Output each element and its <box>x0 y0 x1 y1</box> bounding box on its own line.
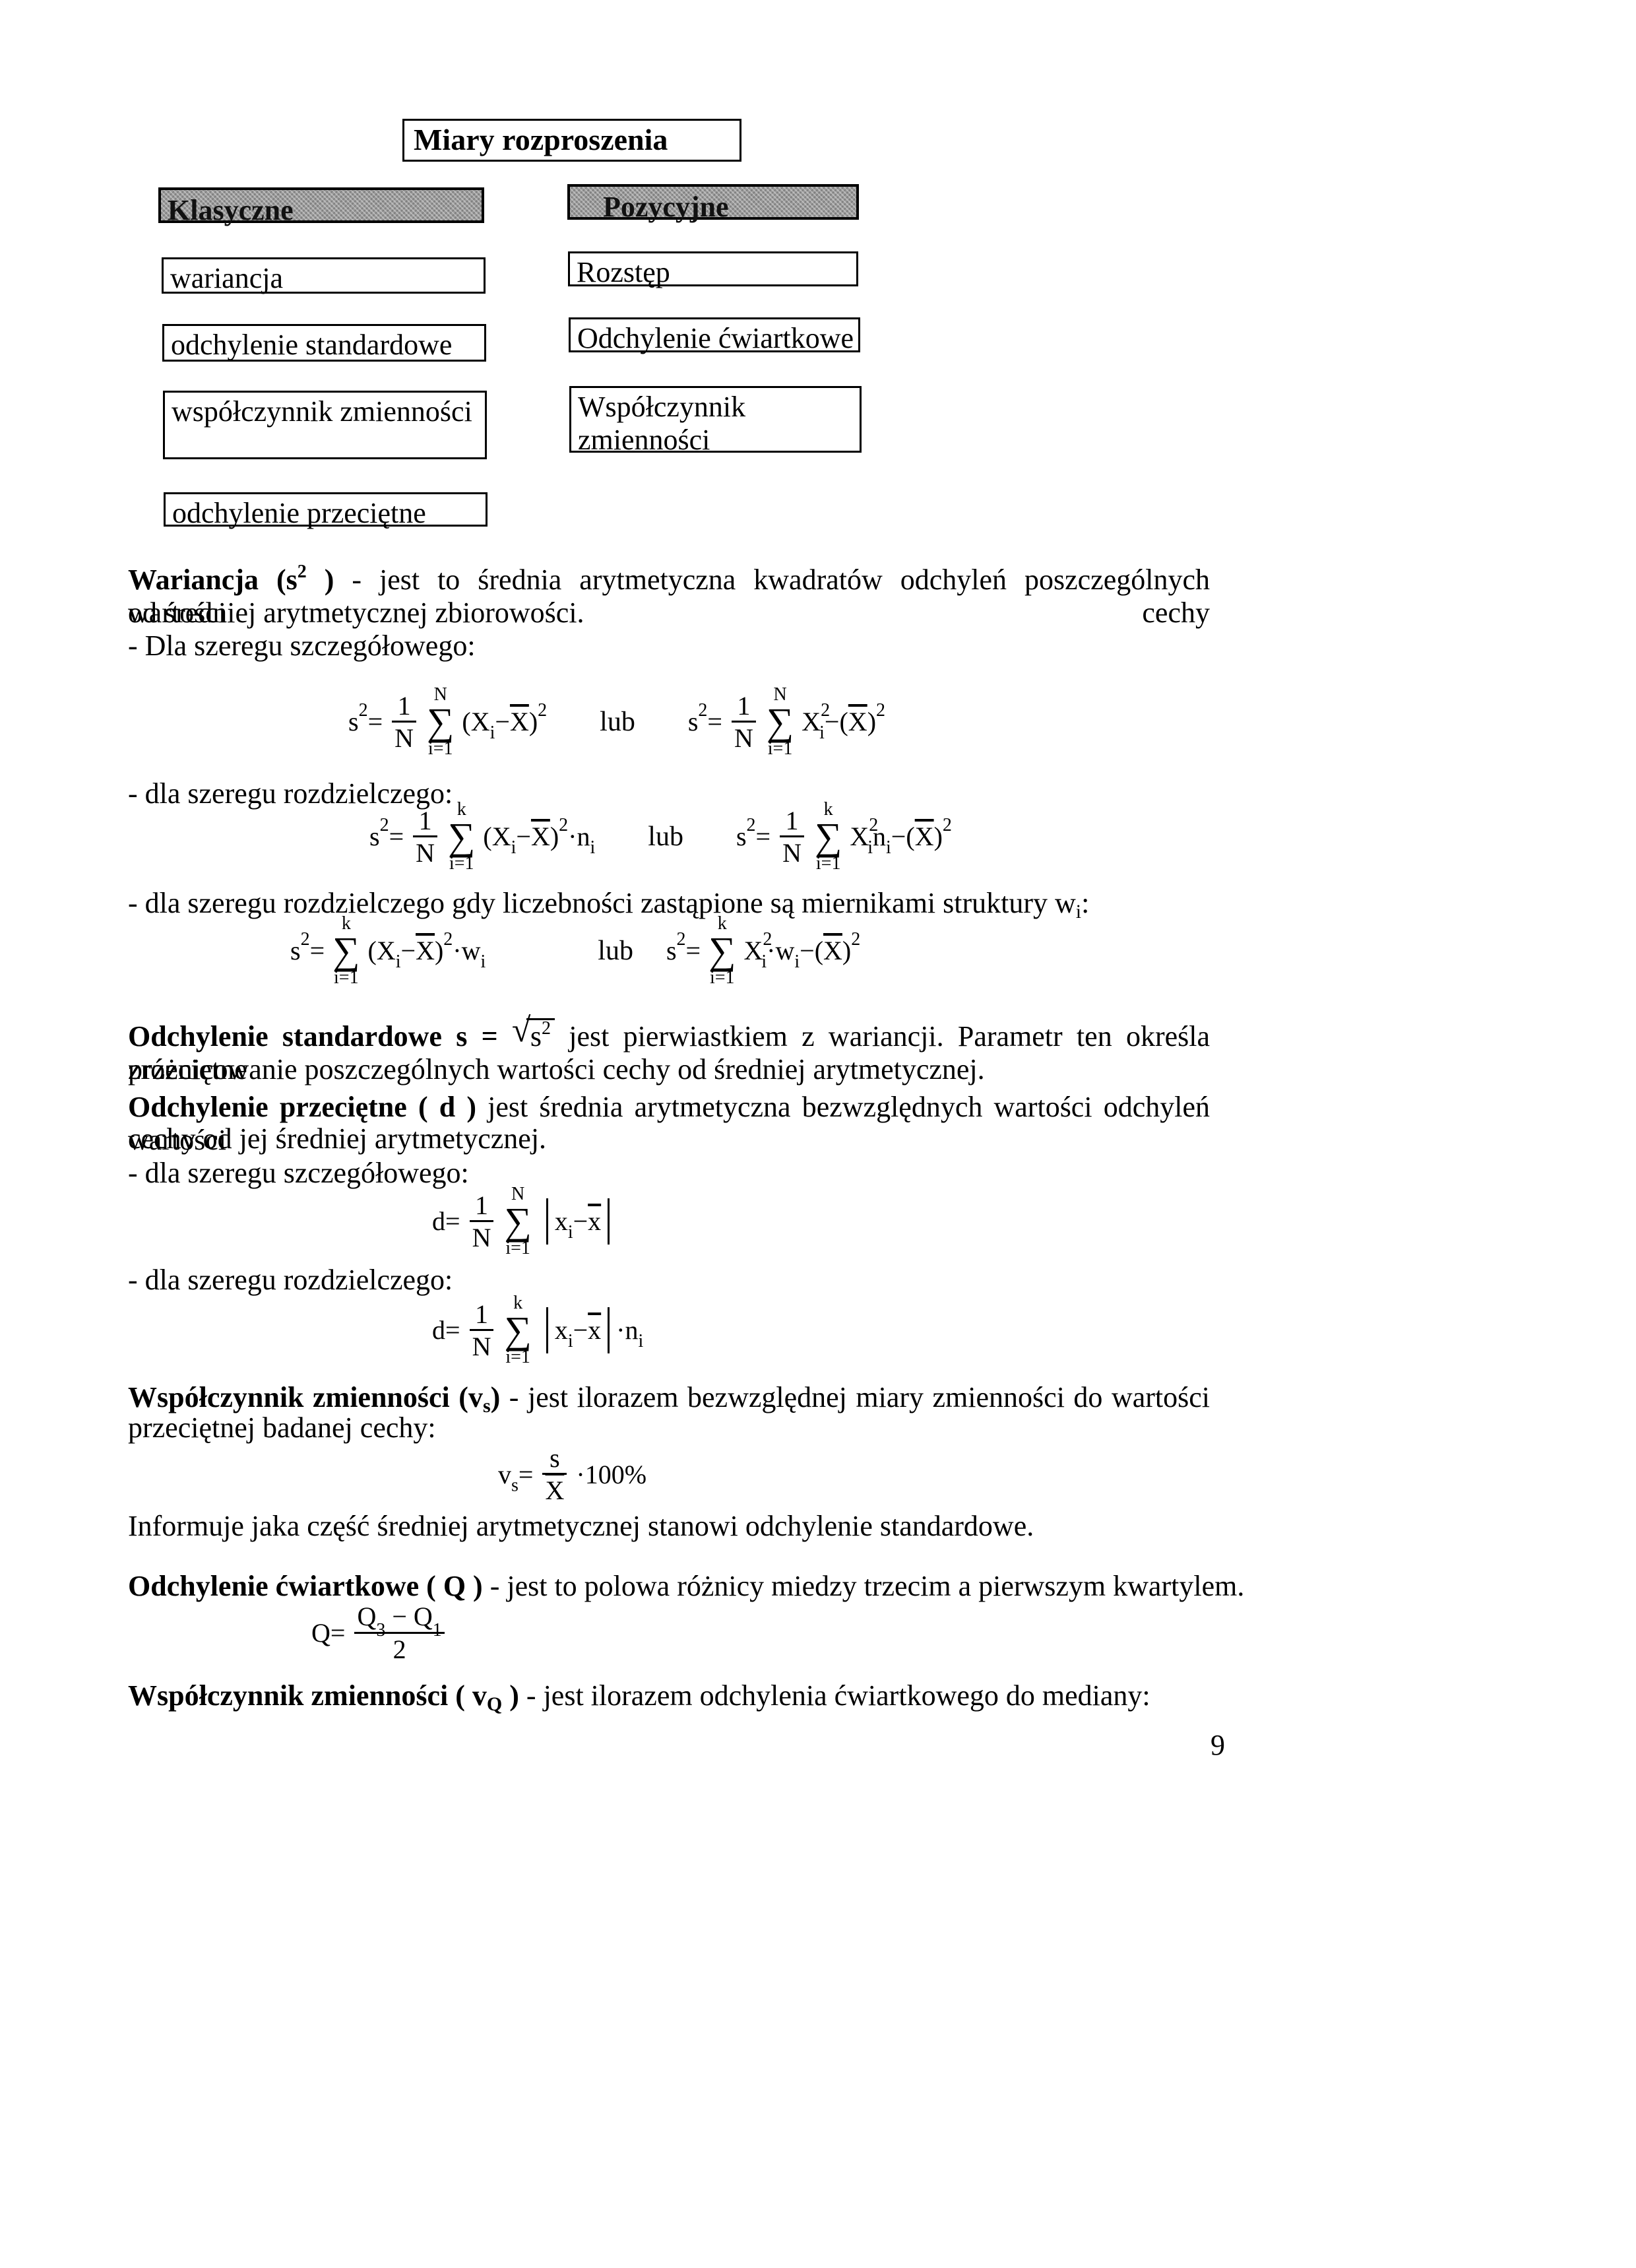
or-label: lub <box>648 823 683 851</box>
coef-var-definition-line2: przeciętnej badanej cechy: <box>128 1411 436 1444</box>
mean-dev-formula-distributive: d = 1N k∑i=1 xi − x · ni <box>432 1293 643 1367</box>
coef-var-definition-line1: Współczynnik zmienności (vs) - jest ilor… <box>128 1381 1210 1414</box>
classic-item-label: odchylenie przeciętne <box>172 497 426 529</box>
coef-var-q-definition: Współczynnik zmienności ( vQ ) - jest il… <box>128 1679 1150 1712</box>
positional-item-coef-var: Współczynnik zmienności <box>569 386 862 453</box>
coef-var-note: Informuje jaka część średniej arytmetycz… <box>128 1510 1034 1543</box>
variance-formula-structure: s2 = k∑i=1 (Xi − X)2 · wi lub s2 = k∑i=1… <box>290 914 860 988</box>
quartile-dev-definition: Odchylenie ćwiartkowe ( Q ) - jest to po… <box>128 1570 1244 1603</box>
classic-item-label: odchylenie standardowe <box>171 329 452 361</box>
coef-var-formula: vs = sX · 100% <box>498 1445 646 1504</box>
positional-item-label: Współczynnik zmienności <box>578 391 745 456</box>
variance-definition-line2: od średniej arytmetycznej zbiorowości. <box>128 597 584 630</box>
positional-item-label: Odchylenie ćwiartkowe <box>577 322 854 354</box>
mean-dev-formula-detailed: d = 1N N∑i=1 xi − x <box>432 1184 616 1258</box>
diagram-title: Miary rozproszenia <box>414 123 668 156</box>
mean-dev-detailed-label: - dla szeregu szczegółowego: <box>128 1157 469 1190</box>
classic-item-label: wariancja <box>170 262 283 294</box>
positional-header-box: Pozycyjne <box>567 184 859 220</box>
or-label: lub <box>598 937 633 965</box>
coef-var-term: Współczynnik zmienności (vs) <box>128 1381 500 1413</box>
std-dev-term: Odchylenie standardowe s = <box>128 1020 512 1053</box>
classic-item-coef-var: współczynnik zmienności <box>163 391 487 459</box>
quartile-dev-term: Odchylenie ćwiartkowe ( Q ) <box>128 1570 483 1602</box>
or-label: lub <box>600 708 635 736</box>
classic-item-variance: wariancja <box>162 257 486 294</box>
sqrt-symbol: √s2 <box>512 1018 555 1053</box>
diagram-title-box: Miary rozproszenia <box>402 119 741 162</box>
classic-item-mean-dev: odchylenie przeciętne <box>164 492 488 527</box>
mean-dev-term: Odchylenie przeciętne ( d ) <box>128 1091 476 1123</box>
classic-item-std-dev: odchylenie standardowe <box>162 324 486 362</box>
mean-dev-definition-line2: cechy od jej średniej arytmetycznej. <box>128 1122 546 1155</box>
variance-formula-detailed: s2 = 1N N∑i=1 (Xi − X)2 lub s2 = 1N N∑i=… <box>348 685 885 759</box>
positional-item-range: Rozstęp <box>568 251 858 286</box>
coef-var-q-term: Współczynnik zmienności ( vQ ) <box>128 1679 519 1712</box>
positional-item-quartile-dev: Odchylenie ćwiartkowe <box>569 317 860 352</box>
variance-formula-distributive: s2 = 1N k∑i=1 (Xi − X)2 · ni lub s2 = 1N… <box>369 800 952 874</box>
mean-dev-distributive-label: - dla szeregu rozdzielczego: <box>128 1264 453 1297</box>
page-number: 9 <box>1211 1729 1225 1762</box>
variance-term: Wariancja (s2 ) <box>128 564 334 596</box>
classic-header-box: Klasyczne <box>158 187 484 223</box>
variance-detailed-label: - Dla szeregu szczegółowego: <box>128 630 476 663</box>
positional-item-label: Rozstęp <box>577 256 670 288</box>
std-dev-definition-line2: zróżnicowanie poszczególnych wartości ce… <box>128 1053 985 1086</box>
classic-item-label: współczynnik zmienności <box>172 395 472 428</box>
classic-header: Klasyczne <box>168 194 294 226</box>
quartile-dev-formula: Q = Q3 − Q12 <box>311 1604 447 1663</box>
positional-header: Pozycyjne <box>603 191 729 223</box>
